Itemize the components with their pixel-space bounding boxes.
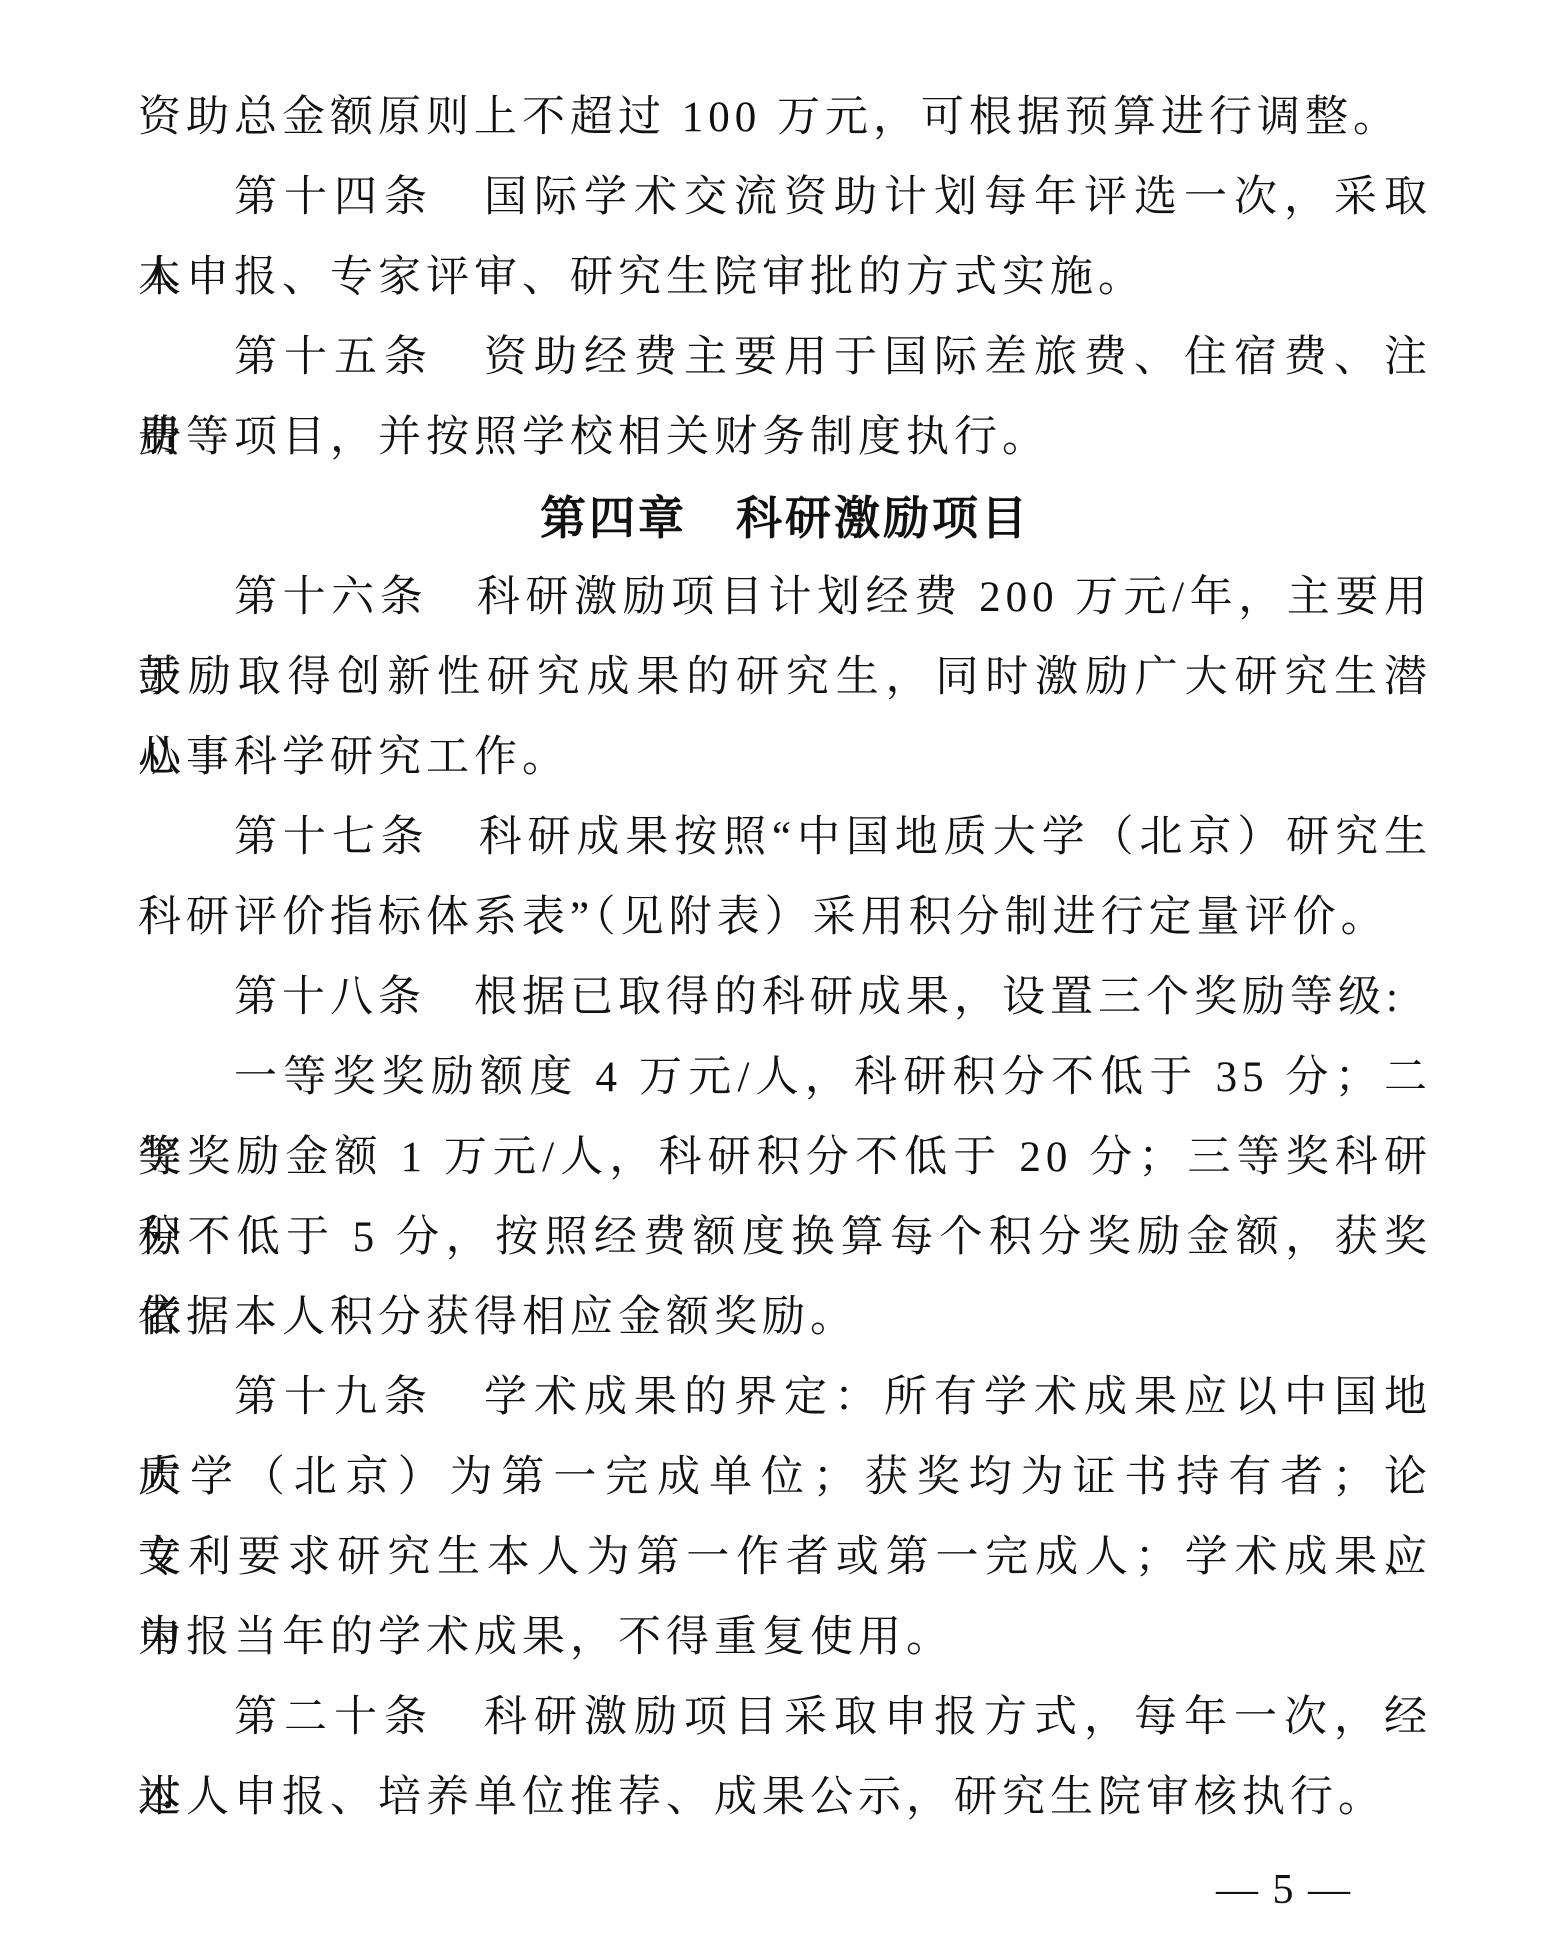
text-line: 第十四条 国际学术交流资助计划每年评选一次，采取本: [138, 158, 1432, 238]
text-line: 第十六条 科研激励项目计划经费 200 万元/年，主要用于: [138, 558, 1432, 638]
text-line: 本人申报、培养单位推荐、成果公示，研究生院审核执行。: [138, 1758, 1432, 1838]
text-line: 专利要求研究生本人为第一作者或第一完成人；学术成果应为: [138, 1518, 1432, 1598]
text-line: 第十七条 科研成果按照“中国地质大学（北京）研究生: [138, 798, 1432, 878]
document-body: 资助总金额原则上不超过 100 万元，可根据预算进行调整。第十四条 国际学术交流…: [0, 0, 1567, 1838]
text-line: 人申报、专家评审、研究生院审批的方式实施。: [138, 238, 1432, 318]
text-line: 大学（北京）为第一完成单位；获奖均为证书持有者；论文、: [138, 1438, 1432, 1518]
text-line: 奖奖励金额 1 万元/人，科研积分不低于 20 分；三等奖科研积: [138, 1118, 1432, 1198]
text-line: 鼓励取得创新性研究成果的研究生，同时激励广大研究生潜心: [138, 638, 1432, 718]
text-line: 科研评价指标体系表”（见附表）采用积分制进行定量评价。: [138, 878, 1432, 958]
page-number: — 5 —: [0, 1862, 1567, 1918]
text-line: 一等奖奖励额度 4 万元/人，科研积分不低于 35 分；二等: [138, 1038, 1432, 1118]
text-line: 申报当年的学术成果，不得重复使用。: [138, 1598, 1432, 1678]
text-line: 第十九条 学术成果的界定：所有学术成果应以中国地质: [138, 1358, 1432, 1438]
text-line: 第十八条 根据已取得的科研成果，设置三个奖励等级:: [138, 958, 1432, 1038]
text-line: 第十五条 资助经费主要用于国际差旅费、住宿费、注册: [138, 318, 1432, 398]
document-page: 资助总金额原则上不超过 100 万元，可根据预算进行调整。第十四条 国际学术交流…: [0, 0, 1567, 1959]
text-line: 分不低于 5 分，按照经费额度换算每个积分奖励金额，获奖者: [138, 1198, 1432, 1278]
text-line: 依据本人积分获得相应金额奖励。: [138, 1278, 1432, 1358]
text-line: 费等项目，并按照学校相关财务制度执行。: [138, 398, 1432, 478]
chapter-heading: 第四章 科研激励项目: [138, 478, 1432, 558]
text-line: 第二十条 科研激励项目采取申报方式，每年一次，经过: [138, 1678, 1432, 1758]
text-line: 资助总金额原则上不超过 100 万元，可根据预算进行调整。: [138, 78, 1432, 158]
text-line: 从事科学研究工作。: [138, 718, 1432, 798]
